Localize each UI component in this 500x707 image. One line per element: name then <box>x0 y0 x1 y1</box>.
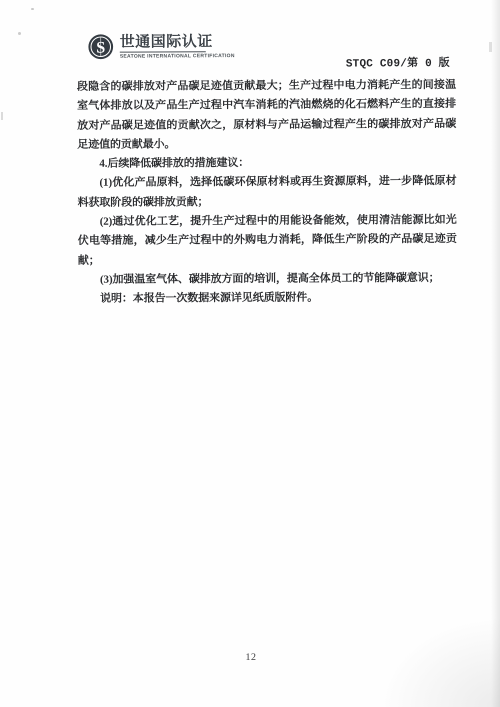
logo-chinese-name: 世通国际认证 <box>120 34 235 51</box>
body-paragraph: (3)加强温室气体、碳排放方面的培训，提高全体员工的节能降碳意识； <box>78 269 457 290</box>
body-paragraph: (1)优化产品原料，选择低碳环保原材料或再生资源原料，进一步降低原材料获取阶段的… <box>77 172 456 213</box>
logo-english-name: SEATONE INTERNATIONAL CERTIFICATION <box>120 53 235 60</box>
body-paragraph: 段隐含的碳排放对产品碳足迹值贡献最大；生产过程中电力消耗产生的间接温室气体排放以… <box>77 76 456 155</box>
body-paragraph: 说明：本报告一次数据来源详见纸质版附件。 <box>78 288 457 309</box>
report-body-text: 段隐含的碳排放对产品碳足迹值贡献最大；生产过程中电力消耗产生的间接温室气体排放以… <box>77 76 457 310</box>
body-paragraph: (2)通过优化工艺，提升生产过程中的用能设备能效，使用清洁能源比如光伏电等措施，… <box>78 211 457 271</box>
page-number: 12 <box>2 651 500 665</box>
body-paragraph: 4.后续降低碳排放的措施建议： <box>77 153 456 174</box>
logo-text-block: 世通国际认证 SEATONE INTERNATIONAL CERTIFICATI… <box>120 34 235 60</box>
logo-seal-icon: S <box>88 34 114 60</box>
document-code: STQC C09/第 0 版 <box>346 54 450 71</box>
scan-tilt-wrapper: S 世通国际认证 SEATONE INTERNATIONAL CERTIFICA… <box>0 0 500 707</box>
scanned-document-page: S 世通国际认证 SEATONE INTERNATIONAL CERTIFICA… <box>0 0 500 707</box>
certification-logo: S 世通国际认证 SEATONE INTERNATIONAL CERTIFICA… <box>88 33 235 60</box>
